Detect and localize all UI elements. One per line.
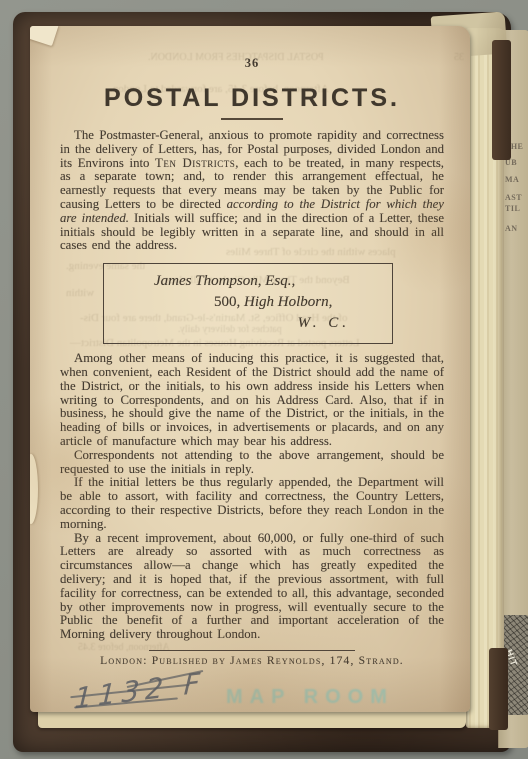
adjacent-page-fragment: AST	[505, 193, 522, 202]
imprint-rule	[149, 650, 355, 651]
paragraph: By a recent improvement, about 60,000, o…	[60, 532, 444, 642]
address-street-line: 500, High Holborn,	[118, 292, 378, 313]
page-edge-chip	[30, 454, 38, 524]
binding-tape-bottom	[489, 648, 508, 730]
address-name-line: James Thompson, Esq.,	[118, 271, 378, 292]
adjacent-page-fragment: MA	[505, 175, 519, 184]
specimen-address-box: James Thompson, Esq.,500, High Holborn,W…	[103, 263, 393, 344]
printed-content: 36 POSTAL DISTRICTS. The Postmaster-Gene…	[60, 26, 444, 667]
binding-tape-top	[492, 40, 511, 160]
paragraph: Among other means of inducing this pract…	[60, 352, 444, 449]
publisher-imprint: London: Published by James Reynolds, 174…	[60, 655, 444, 667]
paragraph: Correspondents not attending to the abov…	[60, 449, 444, 477]
paragraph: If the initial letters be thus regularly…	[60, 476, 444, 531]
page-title: POSTAL DISTRICTS.	[60, 84, 444, 113]
article-body: The Postmaster-General, anxious to promo…	[60, 129, 444, 642]
photographed-book-scan: THEUBMAASTTILAN HIT POSTAL DISPATCHES FR…	[0, 0, 528, 759]
book-page: POSTAL DISPATCHES FROM LONDON.35Afternoo…	[30, 26, 470, 712]
adjacent-page-fragment: AN	[505, 224, 518, 233]
paragraph: The Postmaster-General, anxious to promo…	[60, 129, 444, 253]
page-corner-fold	[30, 26, 59, 46]
title-rule	[221, 118, 283, 120]
adjacent-page-fragment: TIL	[505, 204, 520, 213]
library-stamp: MAP ROOM	[226, 686, 394, 709]
ghost-text-line: 35	[454, 52, 464, 63]
address-district-line: W. C.	[118, 313, 378, 334]
page-number: 36	[60, 56, 444, 71]
